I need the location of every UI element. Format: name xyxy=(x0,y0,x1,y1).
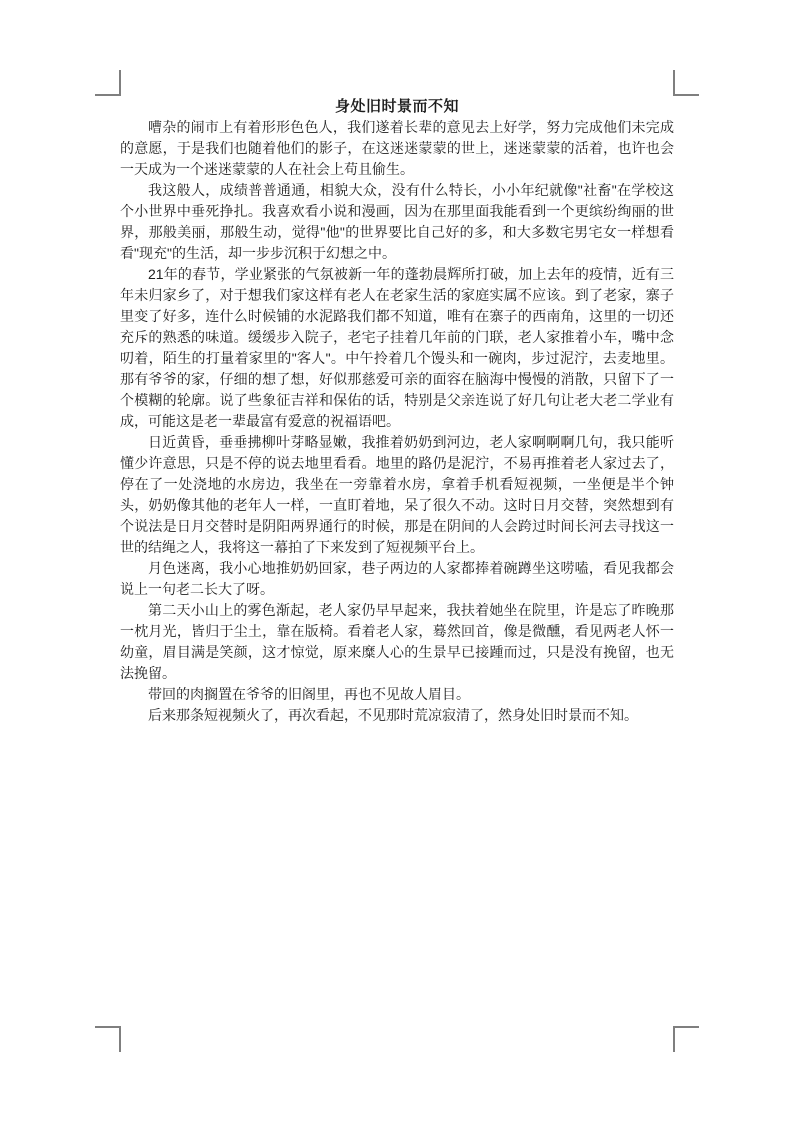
crop-mark-top-right-icon xyxy=(673,70,699,96)
document-body: 身处旧时景而不知 嘈杂的闹市上有着形形色色人，我们遂着长辈的意见去上好学，努力完… xyxy=(120,96,674,726)
paragraph: 日近黄昏，垂垂拂柳叶芽略显嫩，我推着奶奶到河边，老人家啊啊啊几句，我只能听懂少许… xyxy=(120,432,674,558)
paragraph: 21年的春节，学业紧张的气氛被新一年的蓬勃晨辉所打破，加上去年的疫情，近有三年未… xyxy=(120,264,674,432)
paragraph: 第二天小山上的雾色渐起，老人家仍早早起来，我扶着她坐在院里，许是忘了昨晚那一枕月… xyxy=(120,600,674,684)
document-page: 身处旧时景而不知 嘈杂的闹市上有着形形色色人，我们遂着长辈的意见去上好学，努力完… xyxy=(0,0,794,1123)
paragraph: 带回的肉搁置在爷爷的旧阁里，再也不见故人眉目。 xyxy=(120,684,674,705)
paragraph: 我这般人，成绩普普通通，相貌大众，没有什么特长，小小年纪就像"社畜"在学校这个小… xyxy=(120,180,674,264)
paragraph: 嘈杂的闹市上有着形形色色人，我们遂着长辈的意见去上好学，努力完成他们未完成的意愿… xyxy=(120,117,674,180)
crop-mark-top-left-icon xyxy=(95,70,121,96)
page-title: 身处旧时景而不知 xyxy=(120,96,674,117)
paragraph: 后来那条短视频火了，再次看起，不见那时荒凉寂清了，然身处旧时景而不知。 xyxy=(120,705,674,726)
paragraph: 月色迷离，我小心地推奶奶回家，巷子两边的人家都捧着碗蹲坐这唠嗑，看见我都会说上一… xyxy=(120,558,674,600)
crop-mark-bottom-right-icon xyxy=(673,1026,699,1052)
crop-mark-bottom-left-icon xyxy=(95,1026,121,1052)
